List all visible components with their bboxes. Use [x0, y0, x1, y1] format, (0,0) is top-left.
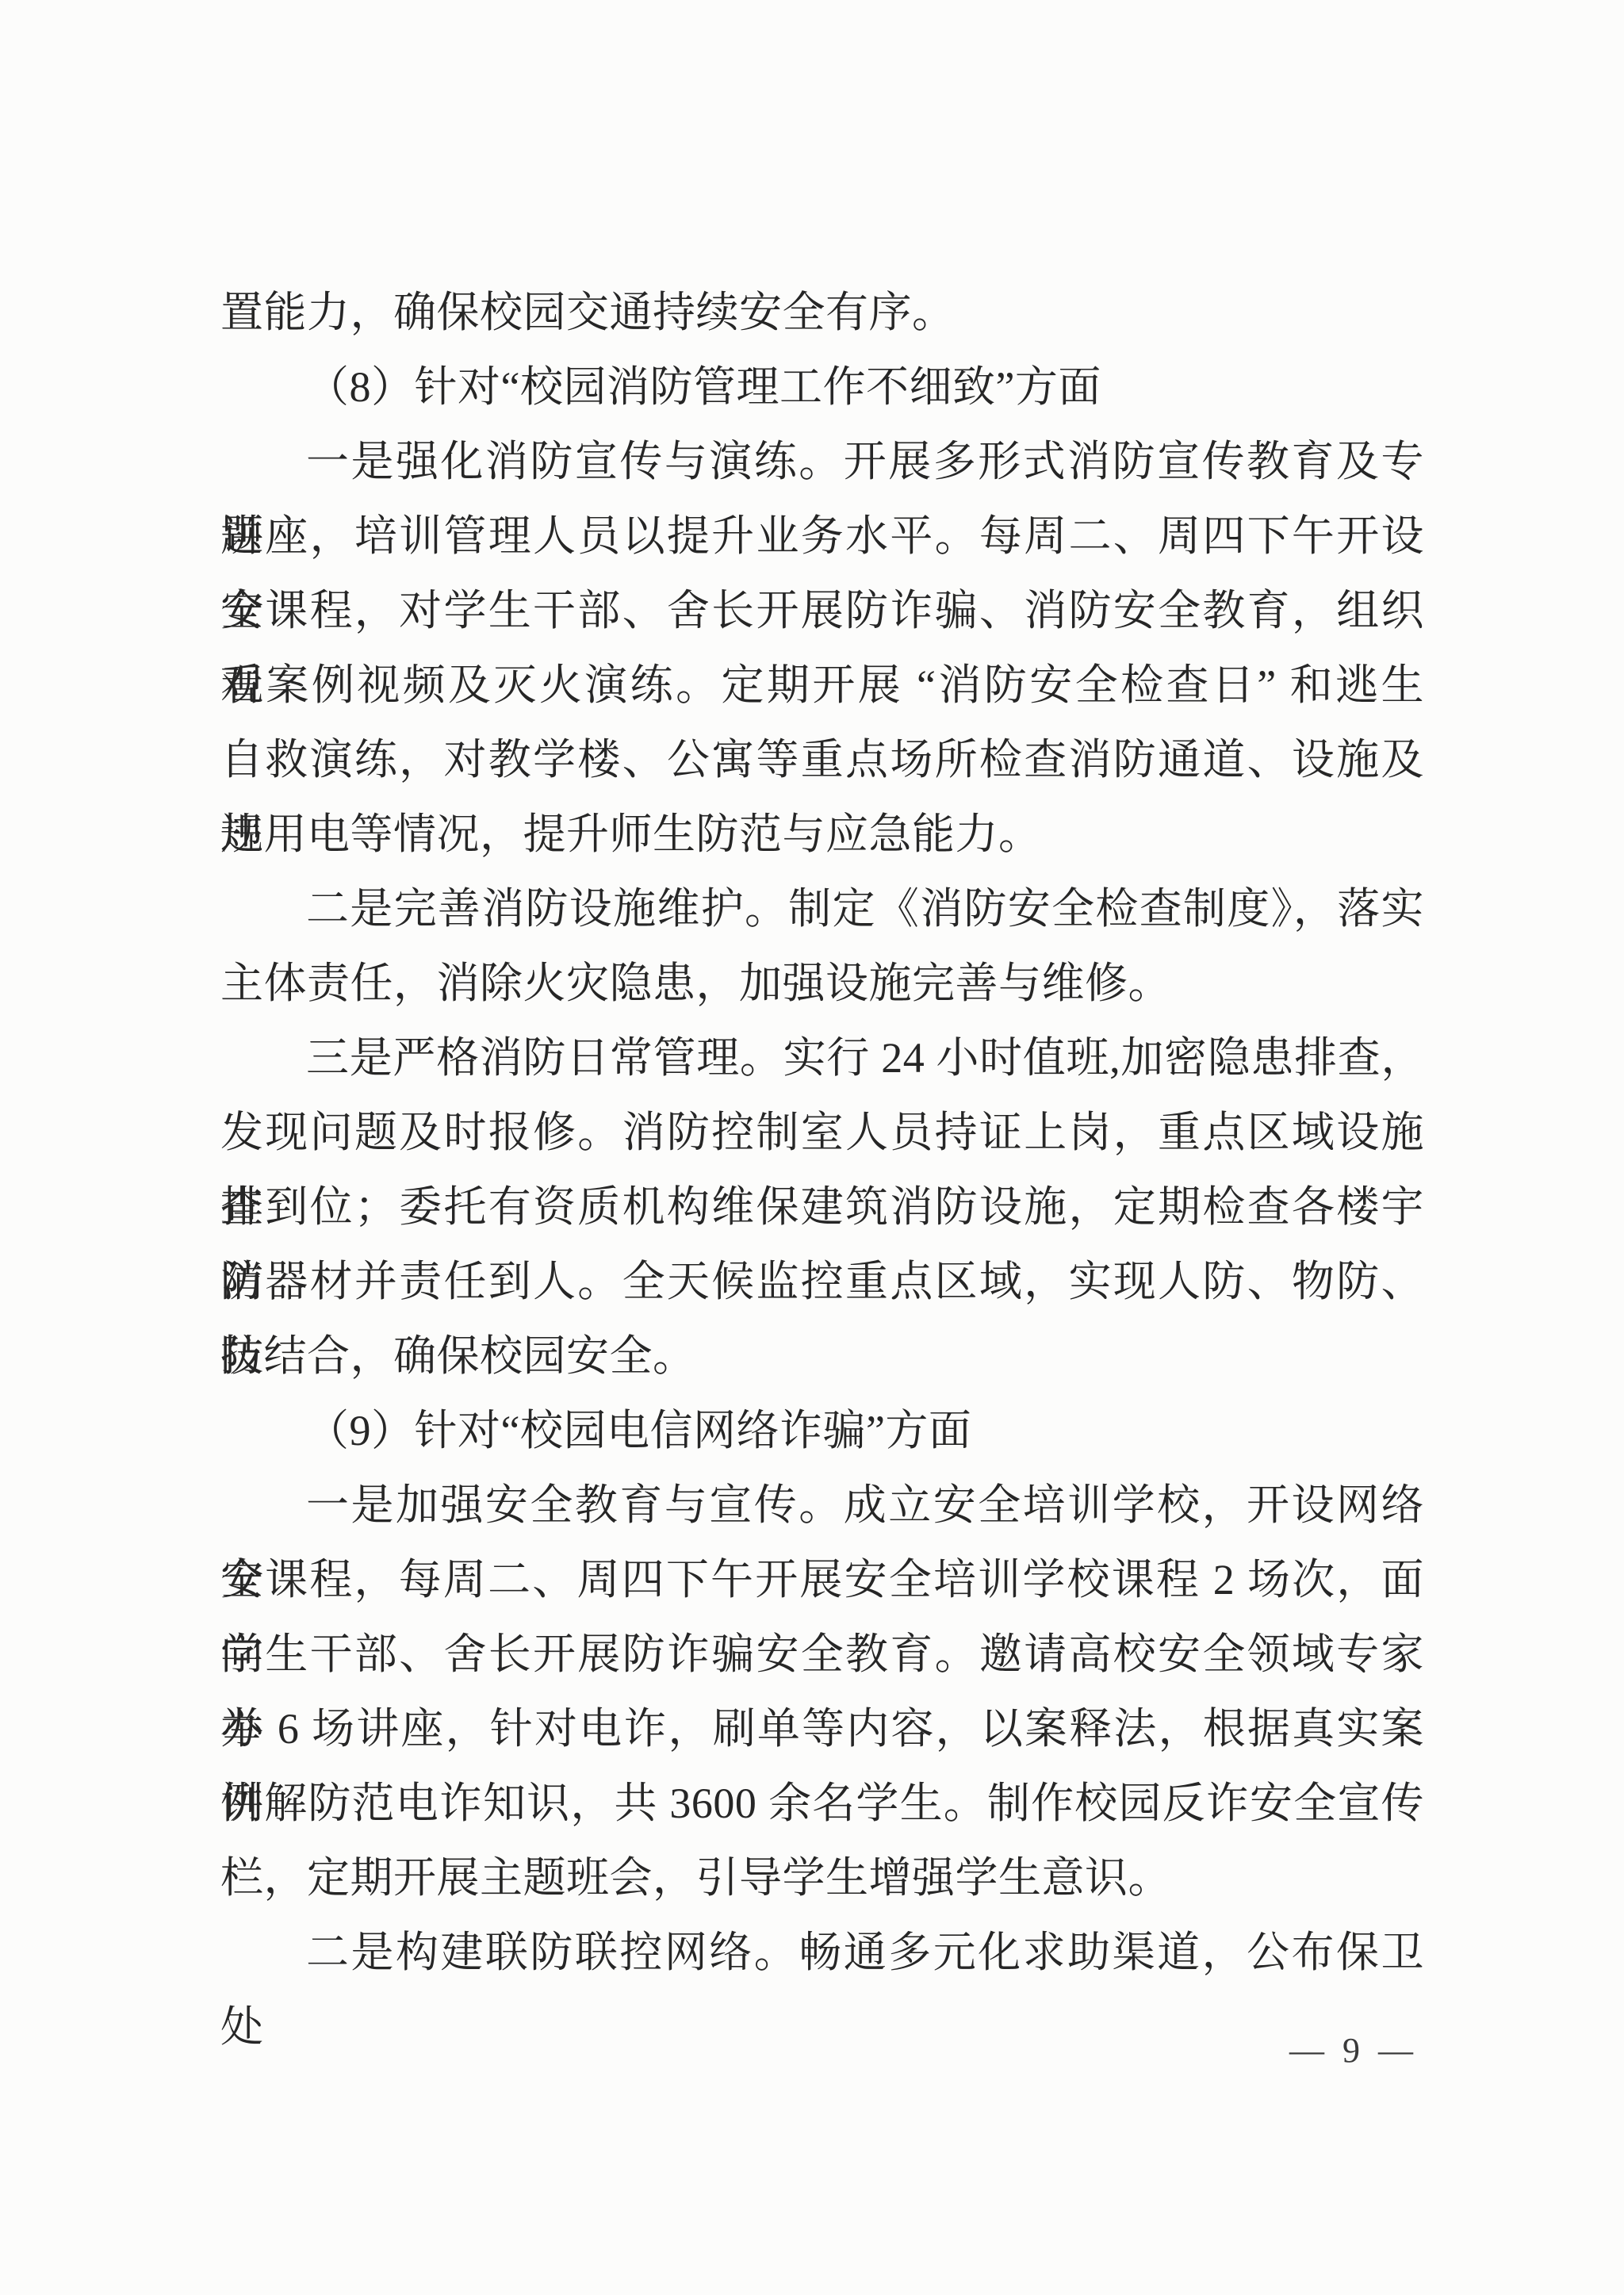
text-line: 防器材并责任到人。全天候监控重点区域，实现人防、物防、技 [220, 1244, 1424, 1319]
text-line: 看案例视频及灭火演练。定期开展 “消防安全检查日” 和逃生 [220, 648, 1424, 722]
text-line: 栏，定期开展主题班会，引导学生增强学生意识。 [220, 1841, 1424, 1915]
text-line: 查到位；委托有资质机构维保建筑消防设施，定期检查各楼宇消 [220, 1170, 1424, 1244]
text-line: 三是严格消防日常管理。实行 24 小时值班,加密隐患排查， [220, 1021, 1424, 1095]
text-line: 一是加强安全教育与宣传。成立安全培训学校，开设网络安 [220, 1468, 1424, 1542]
scanned-document-page: 置能力，确保校园交通持续安全有序。 （8）针对“校园消防管理工作不细致”方面 一… [0, 0, 1624, 2295]
section-heading-9: （9）针对“校园电信网络诈骗”方面 [220, 1393, 1424, 1468]
text-line: 全课程，每周二、周四下午开展安全培训学校课程 2 场次，面向 [220, 1542, 1424, 1617]
text-line: 一是强化消防宣传与演练。开展多形式消防宣传教育及专题 [220, 424, 1424, 499]
text-line: 办 6 场讲座，针对电诈，刷单等内容，以案释法，根据真实案例 [220, 1692, 1424, 1766]
text-line: 防结合，确保校园安全。 [220, 1319, 1424, 1393]
text-line: 讲座，培训管理人员以提升业务水平。每周二、周四下午开设安 [220, 499, 1424, 573]
text-line: 全课程，对学生干部、舍长开展防诈骗、消防安全教育，组织观 [220, 573, 1424, 648]
text-line: 置能力，确保校园交通持续安全有序。 [220, 275, 1424, 350]
text-line: 自救演练，对教学楼、公寓等重点场所检查消防通道、设施及违 [220, 722, 1424, 797]
text-line: 发现问题及时报修。消防控制室人员持证上岗，重点区域设施排 [220, 1095, 1424, 1170]
page-number: — 9 — [1278, 2027, 1429, 2075]
text-line: 讲解防范电诈知识，共 3600 余名学生。制作校园反诈安全宣传 [220, 1766, 1424, 1841]
section-heading-8: （8）针对“校园消防管理工作不细致”方面 [220, 350, 1424, 424]
text-line: 学生干部、舍长开展防诈骗安全教育。邀请高校安全领域专家举 [220, 1617, 1424, 1692]
document-body: 置能力，确保校园交通持续安全有序。 （8）针对“校园消防管理工作不细致”方面 一… [220, 275, 1424, 1990]
text-line: 二是构建联防联控网络。畅通多元化求助渠道，公布保卫处 [220, 1915, 1424, 1990]
text-line: 主体责任，消除火灾隐患，加强设施完善与维修。 [220, 946, 1424, 1021]
text-line: 二是完善消防设施维护。制定《消防安全检查制度》，落实 [220, 872, 1424, 946]
text-line: 规用电等情况，提升师生防范与应急能力。 [220, 797, 1424, 872]
